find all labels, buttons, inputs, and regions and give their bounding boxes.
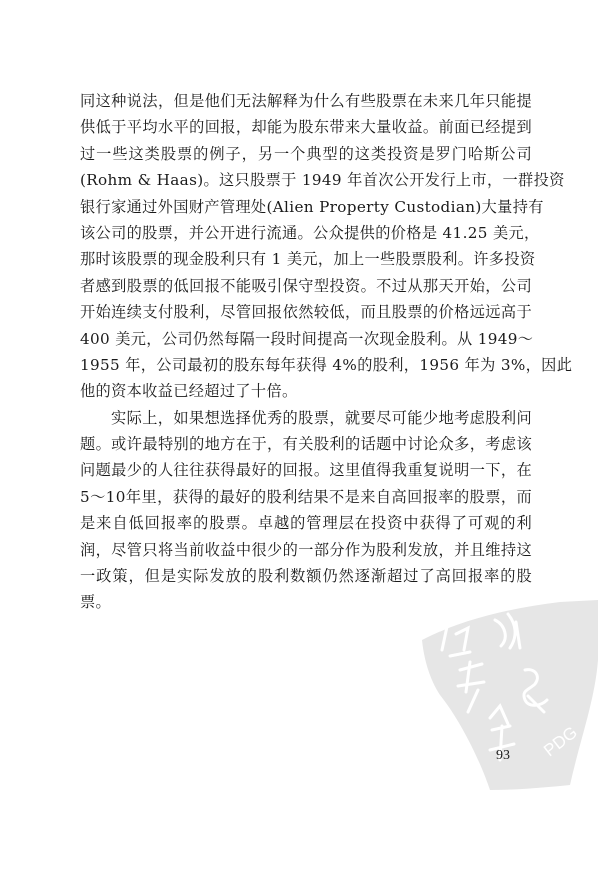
text-line: 开始连续支付股利，尽管回报依然较低，而且股票的价格远远高于 <box>80 299 532 325</box>
text-line: 那时该股票的现金股利只有 1 美元，加上一些股票股利。许多投资 <box>80 246 532 272</box>
watermark-seal: PDG <box>420 600 600 800</box>
text-line: 同这种说法，但是他们无法解释为什么有些股票在未来几年只能提 <box>80 88 532 114</box>
text-line: 银行家通过外国财产管理处(Alien Property Custodian)大量… <box>80 194 532 220</box>
text-line: 题。或许最特别的地方在于，有关股利的话题中讨论众多，考虑该 <box>80 431 532 457</box>
page-number: 93 <box>496 748 510 764</box>
text-line: 者感到股票的低回报不能吸引保守型投资。不过从那天开始，公司 <box>80 273 532 299</box>
document-page: 同这种说法，但是他们无法解释为什么有些股票在未来几年只能提 供低于平均水平的回报… <box>0 0 600 875</box>
text-line: (Rohm & Haas)。这只股票于 1949 年首次公开发行上市，一群投资 <box>80 167 532 193</box>
body-text: 同这种说法，但是他们无法解释为什么有些股票在未来几年只能提 供低于平均水平的回报… <box>80 88 532 616</box>
paragraph-2: 实际上，如果想选择优秀的股票，就要尽可能少地考虑股利问 题。或许最特别的地方在于… <box>80 405 532 616</box>
text-line: 是来自低回报率的股票。卓越的管理层在投资中获得了可观的利 <box>80 510 532 536</box>
paragraph-1: 同这种说法，但是他们无法解释为什么有些股票在未来几年只能提 供低于平均水平的回报… <box>80 88 532 405</box>
text-line: 400 美元，公司仍然每隔一段时间提高一次现金股利。从 1949～ <box>80 326 532 352</box>
text-line: 他的资本收益已经超过了十倍。 <box>80 378 532 404</box>
text-line: 润，尽管只将当前收益中很少的一部分作为股利发放，并且维持这 <box>80 537 532 563</box>
text-line: 5～10年里，获得的最好的股利结果不是来自高回报率的股票，而 <box>80 484 532 510</box>
text-line: 过一些这类股票的例子，另一个典型的这类投资是罗门哈斯公司 <box>80 141 532 167</box>
text-line: 一政策，但是实际发放的股利数额仍然逐渐超过了高回报率的股 <box>80 563 532 589</box>
text-line: 实际上，如果想选择优秀的股票，就要尽可能少地考虑股利问 <box>80 405 532 431</box>
text-line: 问题最少的人往往获得最好的回报。这里值得我重复说明一下，在 <box>80 457 532 483</box>
seal-stamp-icon: PDG <box>420 600 600 800</box>
text-line: 供低于平均水平的回报，却能为股东带来大量收益。前面已经提到 <box>80 114 532 140</box>
text-line: 该公司的股票，并公开进行流通。公众提供的价格是 41.25 美元， <box>80 220 532 246</box>
text-line: 1955 年，公司最初的股东每年获得 4%的股利，1956 年为 3%，因此 <box>80 352 532 378</box>
